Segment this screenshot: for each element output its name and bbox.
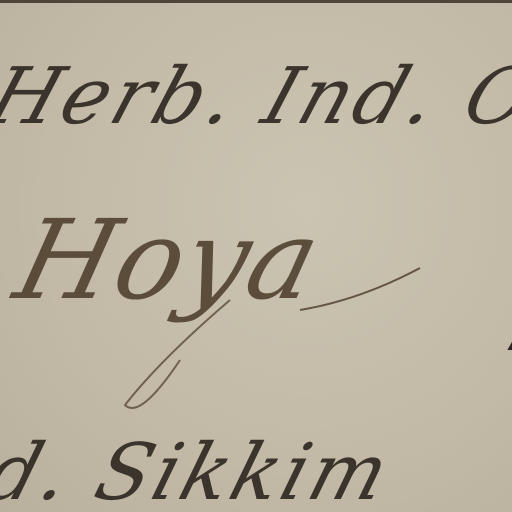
locality-text: d. Sikkim — [0, 428, 401, 512]
herbarium-label-photo: Herb. Ind. Or. Hoya d. Sikkim — [0, 0, 512, 512]
